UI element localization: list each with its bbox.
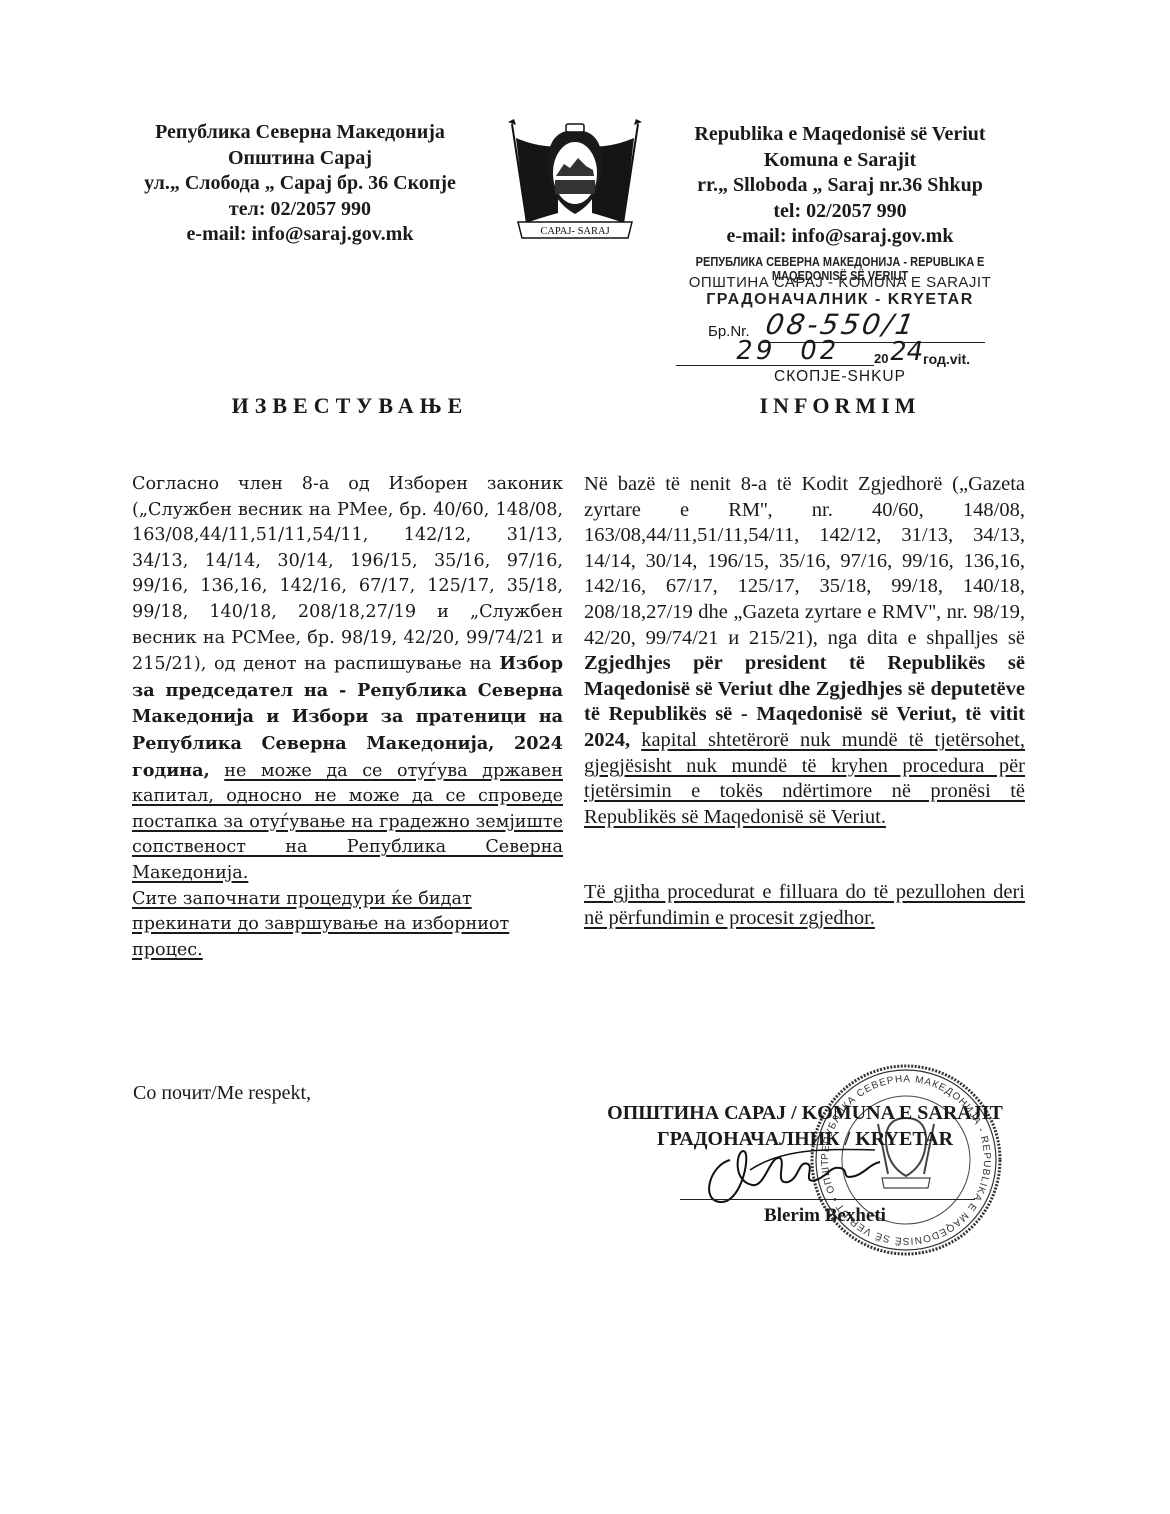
registry-stamp-city: СКОПЈЕ-SHKUP bbox=[640, 368, 1040, 386]
body-albanian-restriction: kapital shtetërorë nuk mundë të tjetërso… bbox=[584, 729, 1025, 828]
header-left-email: e-mail: info@saraj.gov.mk bbox=[100, 222, 500, 248]
body-albanian-closing: Të gjitha procedurat e filluara do të pe… bbox=[584, 881, 1025, 929]
registry-date-underline bbox=[676, 365, 874, 366]
registry-date-row: 29 02 20 24 год.vit. bbox=[676, 342, 1006, 368]
header-right-email: e-mail: info@saraj.gov.mk bbox=[640, 224, 1040, 250]
header-right-country: Republika e Maqedonisë së Veriut bbox=[640, 122, 1040, 148]
signatory-name: Blerim Bexheti bbox=[720, 1205, 930, 1227]
body-macedonian-closing-wrap: Сите започнати процедури ќе бидат прекин… bbox=[132, 887, 563, 964]
body-albanian-intro: Në bazë të nenit 8-a të Kodit Zgjedhorë … bbox=[584, 473, 1025, 649]
signature-block-municipality: ОПШТИНА САРАЈ / KOMUNA E SARAJIT bbox=[580, 1100, 1030, 1126]
registry-date-day: 29 bbox=[733, 336, 777, 366]
header-left-phone: тел: 02/2057 990 bbox=[100, 197, 500, 223]
header-right-street: rr.„ Slloboda „ Saraj nr.36 Shkup bbox=[640, 173, 1040, 199]
header-left-country: Република Северна Македонија bbox=[100, 120, 500, 146]
header-left-address: Република Северна Македонија Општина Сар… bbox=[100, 120, 500, 248]
body-macedonian: Согласно член 8-а од Изборен законик („С… bbox=[132, 472, 563, 963]
closing-salutation: Со почит/Me respekt, bbox=[133, 1082, 311, 1105]
signature-line bbox=[680, 1199, 975, 1200]
body-albanian: Në bazë të nenit 8-a të Kodit Zgjedhorë … bbox=[584, 472, 1025, 932]
body-macedonian-closing: Сите започнати процедури ќе бидат прекин… bbox=[132, 889, 509, 960]
crest-banner-text: CAPAJ- SARAJ bbox=[540, 226, 609, 237]
registry-stamp-municipality: ОПШТИНА САРАЈ - KOMUNA E SARAJIT bbox=[640, 274, 1040, 291]
body-macedonian-intro: Согласно член 8-а од Изборен законик („С… bbox=[132, 474, 563, 674]
header-right-address: Republika e Maqedonisë së Veriut Komuna … bbox=[640, 122, 1040, 250]
registry-date-month: 02 bbox=[797, 336, 841, 366]
registry-date-year-suffix: 24 bbox=[887, 337, 925, 367]
municipal-coat-of-arms-icon: CAPAJ- SARAJ bbox=[500, 118, 650, 243]
header-left-municipality: Општина Сарај bbox=[100, 146, 500, 172]
body-albanian-spacer bbox=[584, 830, 1025, 880]
document-title-macedonian: ИЗВЕСТУВАЊЕ bbox=[180, 393, 520, 419]
body-albanian-closing-wrap: Të gjitha procedurat e filluara do të pe… bbox=[584, 880, 1025, 931]
registry-date-year-prefix: 20 bbox=[874, 351, 888, 366]
header-right-phone: tel: 02/2057 990 bbox=[640, 199, 1040, 225]
registry-stamp-office: ГРАДОНАЧАЛНИК - KRYETAR bbox=[640, 291, 1040, 309]
header-right-municipality: Komuna e Sarajit bbox=[640, 148, 1040, 174]
header-left-street: ул.„ Слобода „ Сарај бр. 36 Скопје bbox=[100, 171, 500, 197]
registry-date-suffix-label: год.vit. bbox=[923, 351, 970, 367]
document-title-albanian: INFORMIM bbox=[640, 393, 1040, 419]
